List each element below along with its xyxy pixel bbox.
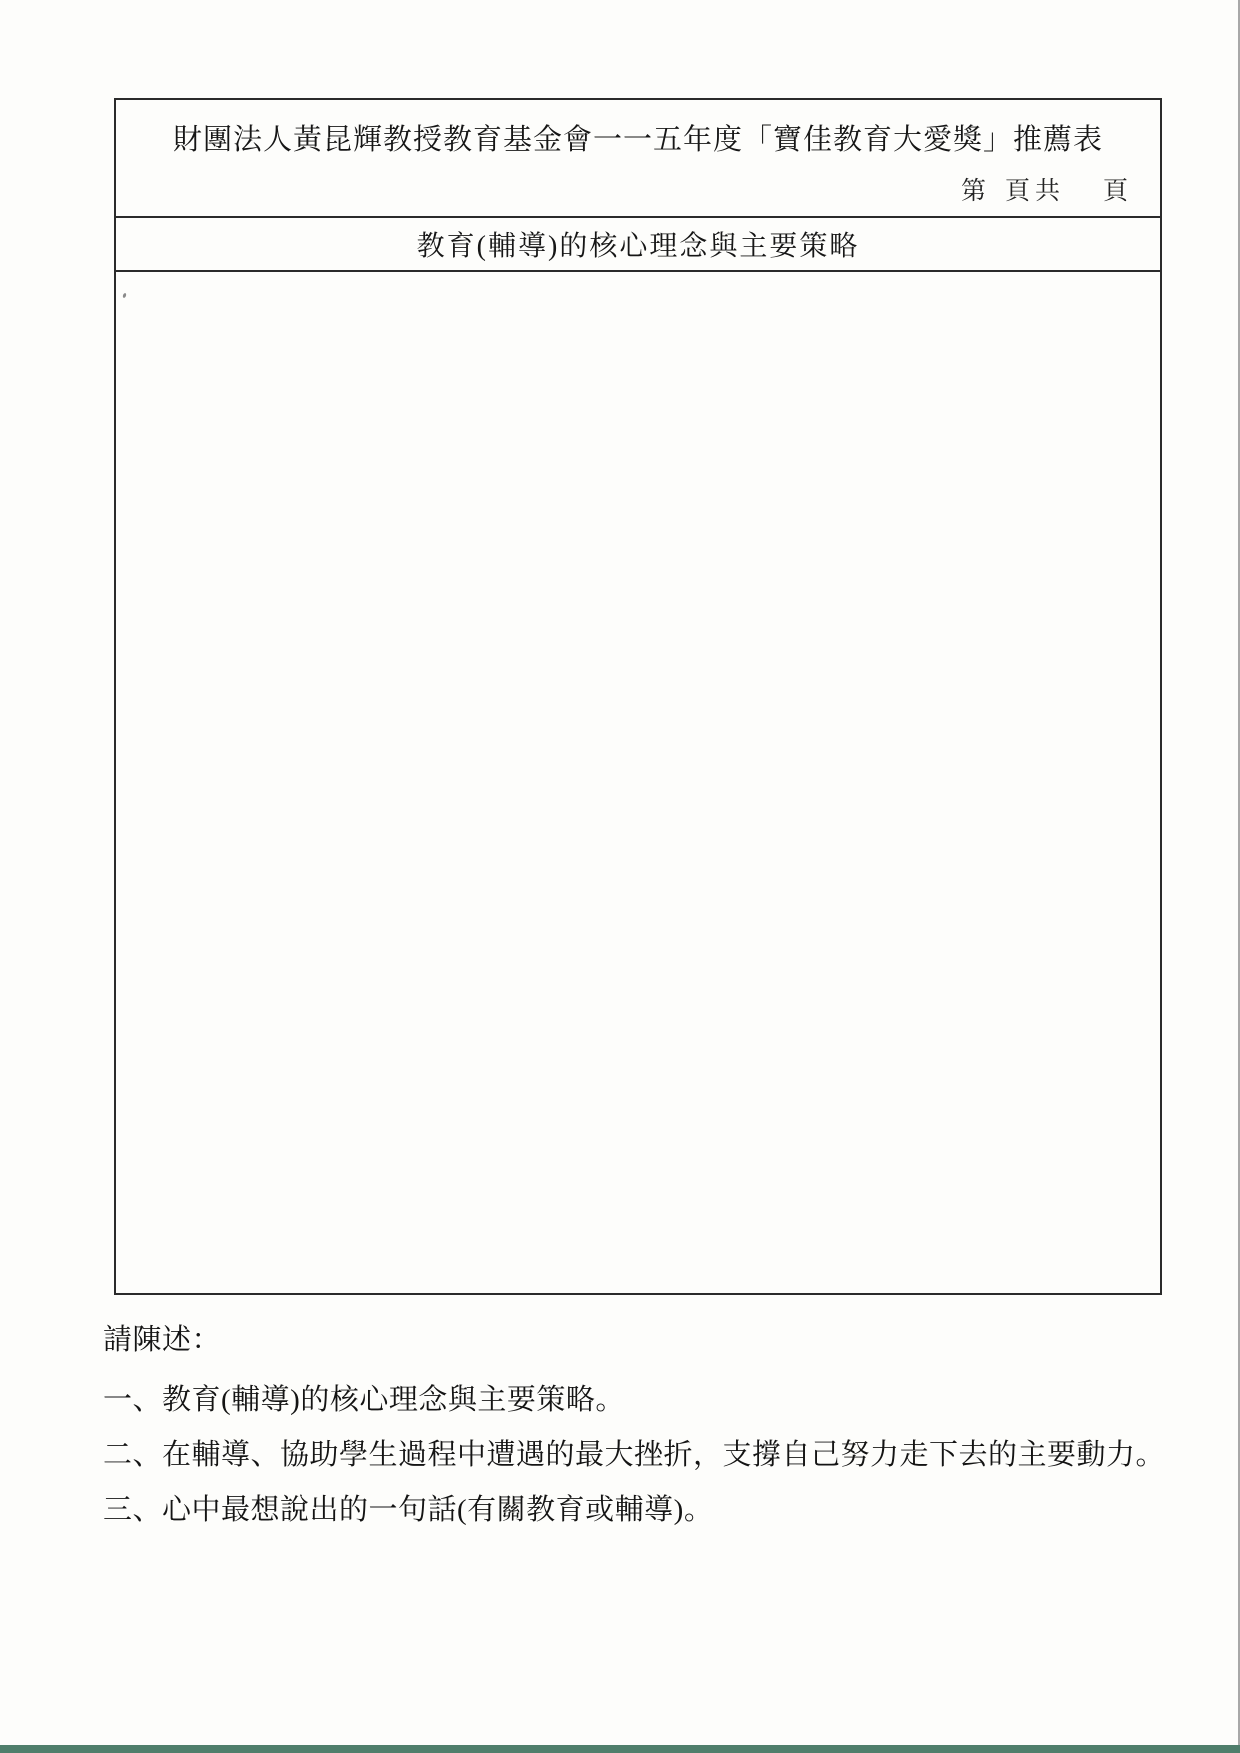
section-header: 教育(輔導)的核心理念與主要策略: [417, 224, 860, 264]
page-number-prefix-label: 第: [961, 178, 991, 205]
instruction-item-3: 三、心中最想說出的一句話(有關教育或輔導)。: [103, 1492, 1188, 1528]
page-number-suffix-label: 頁: [1103, 178, 1133, 205]
response-area: [116, 272, 1160, 1289]
scanned-form-page: 財團法人黃昆輝教授教育基金會一一五年度「寶佳教育大愛獎」推薦表 第頁共頁 教育(…: [0, 0, 1240, 1753]
page-number-line: 第頁共頁: [961, 171, 1133, 207]
instructions-lead: 請陳述：: [103, 1322, 1188, 1358]
instruction-item-1: 一、教育(輔導)的核心理念與主要策略。: [103, 1382, 1188, 1418]
page-number-middle-label: 頁共: [1005, 178, 1065, 205]
section-header-row: 教育(輔導)的核心理念與主要策略: [116, 218, 1160, 272]
form-title: 財團法人黃昆輝教授教育基金會一一五年度「寶佳教育大愛獎」推薦表: [116, 100, 1160, 158]
instruction-item-2: 二、在輔導、協助學生過程中遭遇的最大挫折，支撐自己努力走下去的主要動力。: [103, 1437, 1188, 1473]
form-title-block: 財團法人黃昆輝教授教育基金會一一五年度「寶佳教育大愛獎」推薦表 第頁共頁: [116, 100, 1160, 218]
recommendation-form-table: 財團法人黃昆輝教授教育基金會一一五年度「寶佳教育大愛獎」推薦表 第頁共頁 教育(…: [114, 98, 1162, 1295]
scan-bottom-strip: [0, 1745, 1240, 1753]
scan-speck: [122, 293, 127, 299]
instructions-block: 請陳述： 一、教育(輔導)的核心理念與主要策略。 二、在輔導、協助學生過程中遭遇…: [103, 1322, 1188, 1547]
